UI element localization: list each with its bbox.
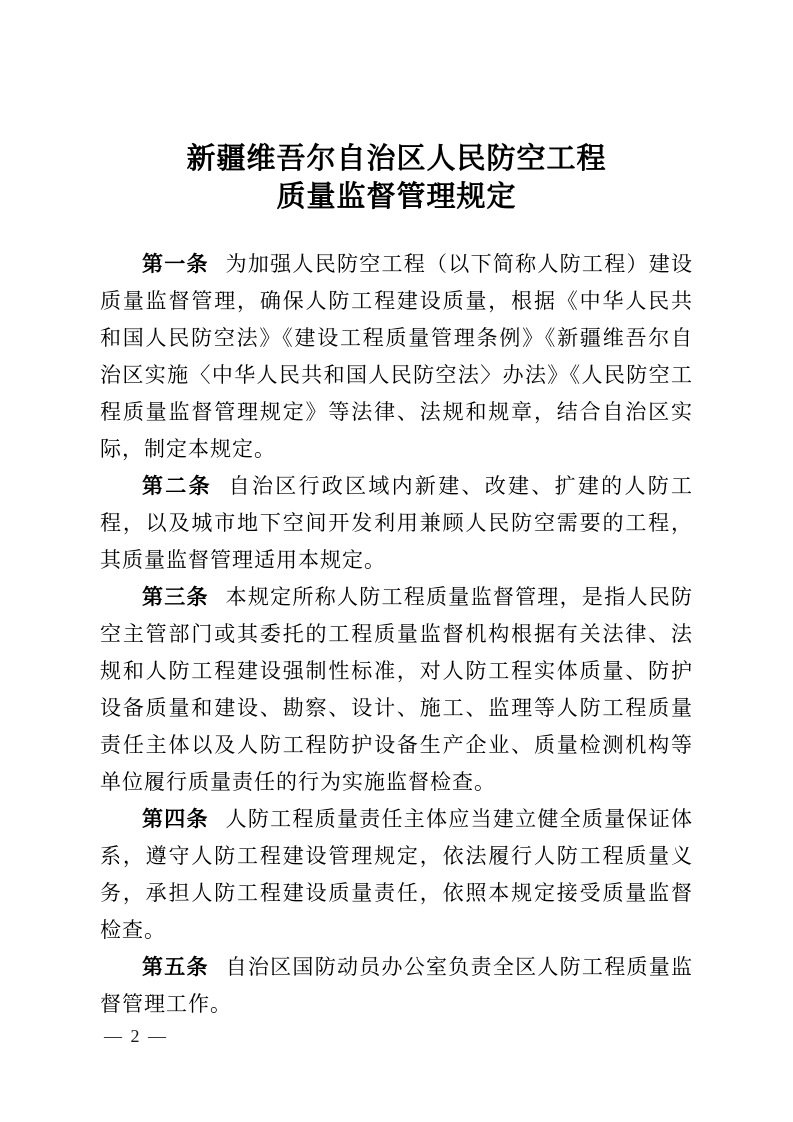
article-3: 第三条本规定所称人防工程质量监督管理，是指人民防空主管部门或其委托的工程质量监督…	[100, 579, 693, 801]
article-1: 第一条为加强人民防空工程（以下简称人防工程）建设质量监督管理，确保人防工程建设质…	[100, 246, 693, 468]
article-3-text: 本规定所称人防工程质量监督管理，是指人民防空主管部门或其委托的工程质量监督机构根…	[100, 585, 693, 794]
page-number: — 2 —	[104, 1026, 168, 1046]
document-title-line-1: 新疆维吾尔自治区人民防空工程	[186, 143, 606, 175]
article-4-label: 第四条	[142, 808, 209, 831]
article-1-text: 为加强人民防空工程（以下简称人防工程）建设质量监督管理，确保人防工程建设质量，根…	[100, 252, 693, 461]
document-body: 第一条为加强人民防空工程（以下简称人防工程）建设质量监督管理，确保人防工程建设质…	[100, 246, 693, 1023]
page-footer: — 2 —	[104, 1026, 168, 1047]
article-2-label: 第二条	[142, 475, 212, 498]
document-page: 新疆维吾尔自治区人民防空工程 质量监督管理规定 第一条为加强人民防空工程（以下简…	[0, 0, 793, 1122]
article-5: 第五条自治区国防动员办公室负责全区人防工程质量监督管理工作。	[100, 949, 693, 1023]
document-title-line-2: 质量监督管理规定	[276, 181, 516, 213]
document-title: 新疆维吾尔自治区人民防空工程 质量监督管理规定	[100, 140, 693, 216]
document-content: 新疆维吾尔自治区人民防空工程 质量监督管理规定 第一条为加强人民防空工程（以下简…	[100, 0, 693, 1023]
article-5-label: 第五条	[142, 956, 209, 979]
article-1-label: 第一条	[142, 253, 209, 276]
article-4: 第四条人防工程质量责任主体应当建立健全质量保证体系，遵守人防工程建设管理规定，依…	[100, 801, 693, 949]
article-3-label: 第三条	[142, 586, 209, 609]
article-2: 第二条自治区行政区域内新建、改建、扩建的人防工程，以及城市地下空间开发利用兼顾人…	[100, 468, 693, 579]
